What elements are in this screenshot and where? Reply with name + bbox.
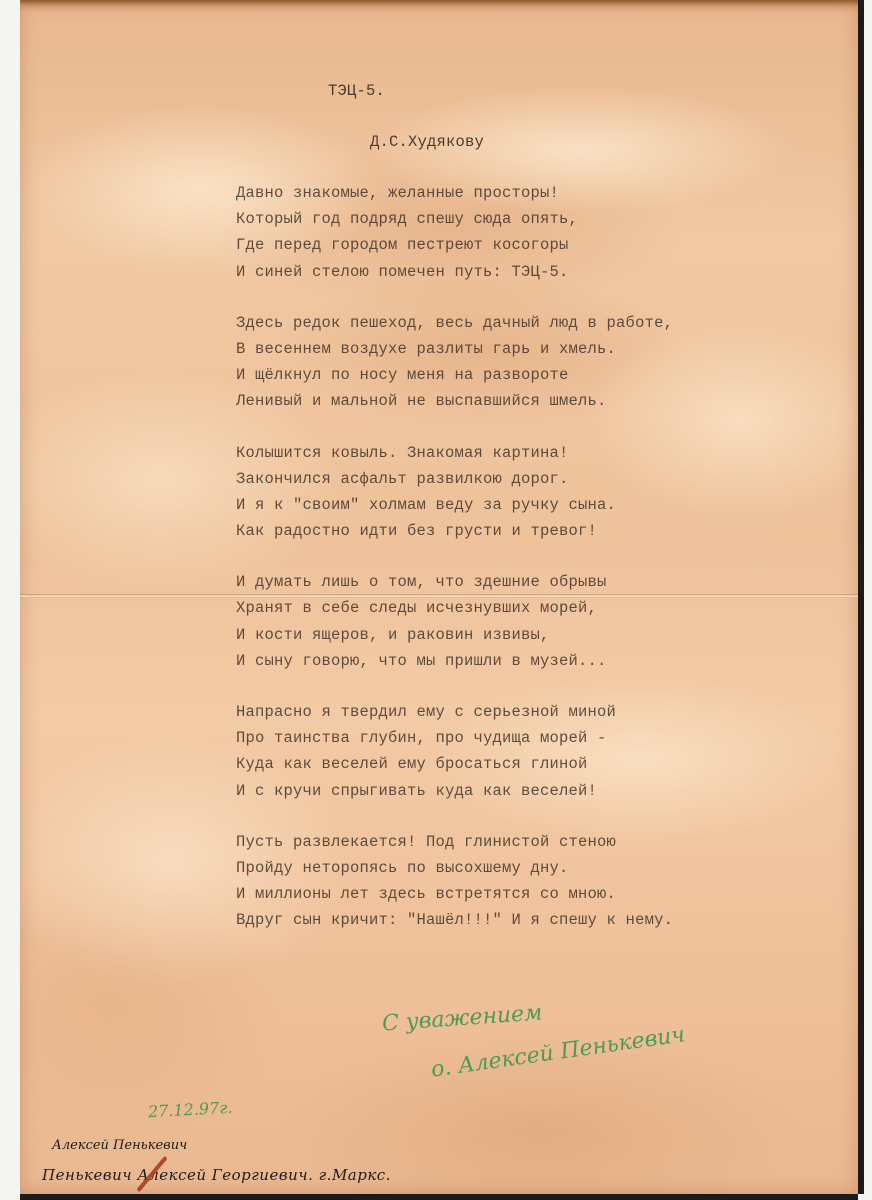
poem-title: ТЭЦ-5. bbox=[328, 82, 385, 100]
stanza: Здесь редок пешеход, весь дачный люд в р… bbox=[236, 310, 796, 415]
verse-line: Ленивый и мальной не выспавшийся шмель. bbox=[236, 388, 796, 414]
scan-border-right bbox=[858, 0, 864, 1194]
poem-dedication: Д.С.Худякову bbox=[370, 133, 484, 151]
verse-line: И сыну говорю, что мы пришли в музей... bbox=[236, 648, 796, 674]
scan-border-bottom bbox=[20, 1194, 858, 1200]
handwritten-author-note: Алексей Пенькевич bbox=[52, 1138, 187, 1153]
verse-line: И кости ящеров, и раковин извивы, bbox=[236, 622, 796, 648]
verse-line: И миллионы лет здесь встретятся со мною. bbox=[236, 881, 796, 907]
verse-line: И синей стелою помечен путь: ТЭЦ-5. bbox=[236, 259, 796, 285]
stanza: Колышится ковыль. Знакомая картина! Зако… bbox=[236, 440, 796, 545]
verse-line: Пусть развлекается! Под глинистой стеною bbox=[236, 829, 796, 855]
poem-body: Давно знакомые, желанные просторы! Котор… bbox=[236, 180, 796, 959]
verse-line: Пройду неторопясь по высохшему дну. bbox=[236, 855, 796, 881]
verse-line: Где перед городом пестреют косогоры bbox=[236, 232, 796, 258]
verse-line: Напрасно я твердил ему с серьезной миной bbox=[236, 699, 796, 725]
handwritten-author-fullname: Пенькевич Алексей Георгиевич. г.Маркс. bbox=[42, 1166, 391, 1184]
verse-line: Про таинства глубин, про чудища морей - bbox=[236, 725, 796, 751]
verse-line: Здесь редок пешеход, весь дачный люд в р… bbox=[236, 310, 796, 336]
verse-line: И щёлкнул по носу меня на развороте bbox=[236, 362, 796, 388]
verse-line: Колышится ковыль. Знакомая картина! bbox=[236, 440, 796, 466]
paper-top-edge bbox=[20, 0, 858, 12]
verse-line: Хранят в себе следы исчезнувших морей, bbox=[236, 595, 796, 621]
verse-line: Вдруг сын кричит: "Нашёл!!!" И я спешу к… bbox=[236, 907, 796, 933]
verse-line: И думать лишь о том, что здешние обрывы bbox=[236, 569, 796, 595]
verse-line: Закончился асфальт развилкою дорог. bbox=[236, 466, 796, 492]
verse-line: И я к "своим" холмам веду за ручку сына. bbox=[236, 492, 796, 518]
stanza: И думать лишь о том, что здешние обрывы … bbox=[236, 569, 796, 674]
verse-line: И с кручи спрыгивать куда как веселей! bbox=[236, 778, 796, 804]
verse-line: Как радостно идти без грусти и тревог! bbox=[236, 518, 796, 544]
stanza: Пусть развлекается! Под глинистой стеною… bbox=[236, 829, 796, 934]
verse-line: Который год подряд спешу сюда опять, bbox=[236, 206, 796, 232]
stanza: Давно знакомые, желанные просторы! Котор… bbox=[236, 180, 796, 285]
verse-line: Давно знакомые, желанные просторы! bbox=[236, 180, 796, 206]
stanza: Напрасно я твердил ему с серьезной миной… bbox=[236, 699, 796, 804]
verse-line: В весеннем воздухе разлиты гарь и хмель. bbox=[236, 336, 796, 362]
verse-line: Куда как веселей ему бросаться глиной bbox=[236, 751, 796, 777]
